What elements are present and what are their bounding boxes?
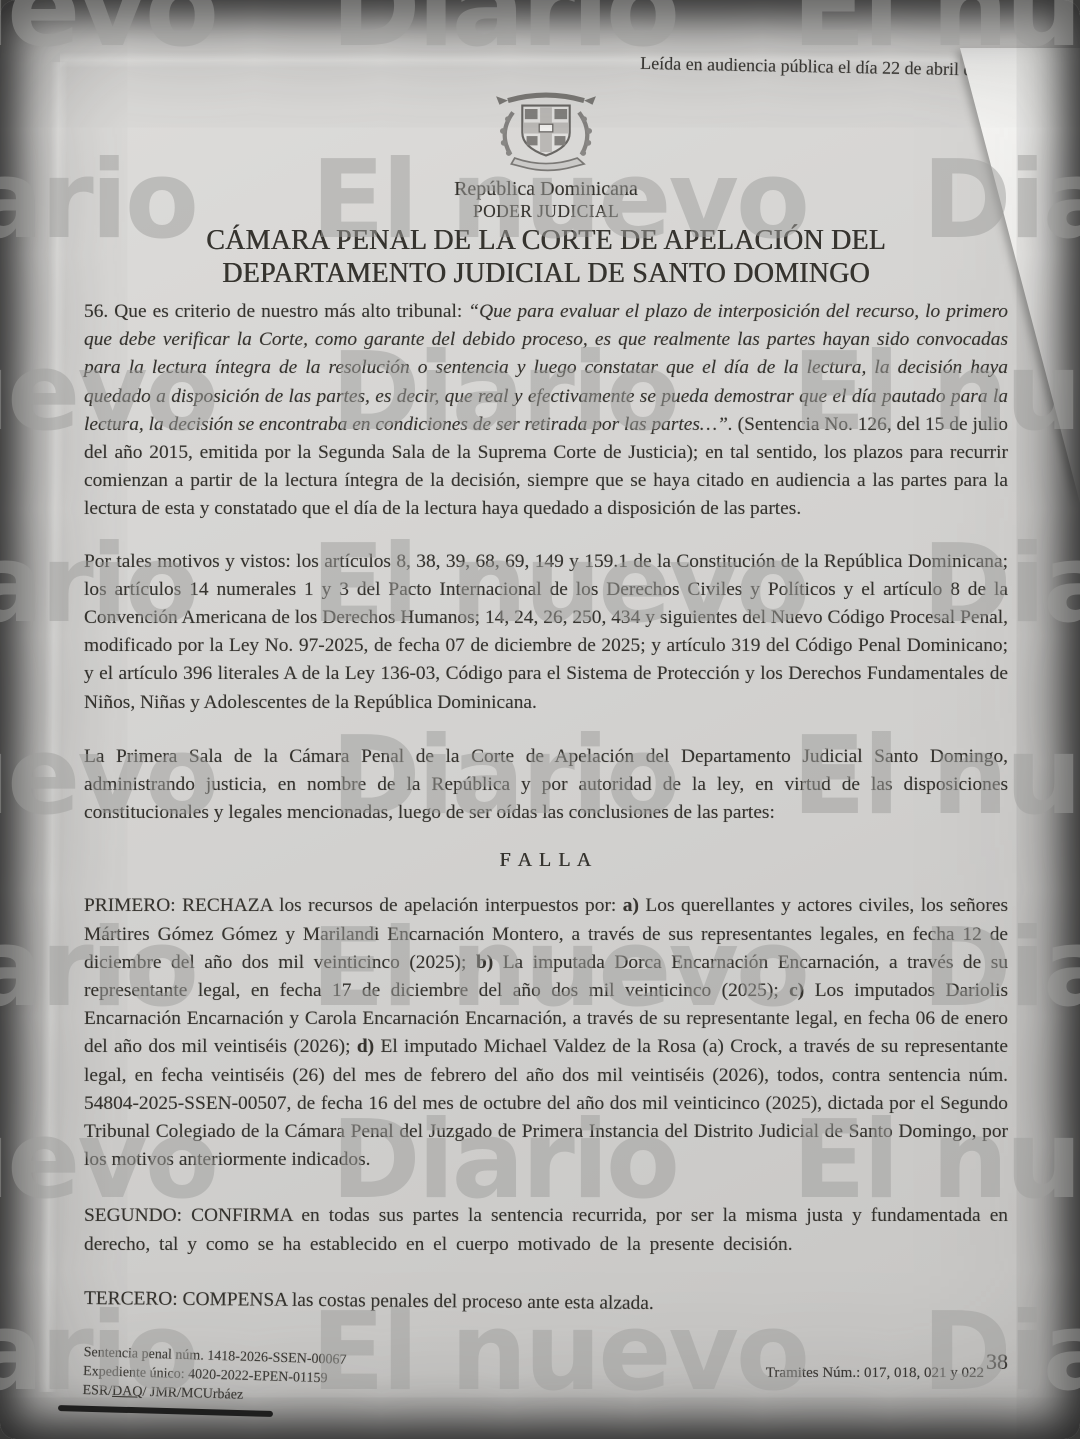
court-title-line1: CÁMARA PENAL DE LA CORTE DE APELACIÓN DE… bbox=[84, 224, 1008, 257]
republic-label: República Dominicana bbox=[84, 177, 1008, 201]
primero-marker-c: c) bbox=[789, 980, 804, 1001]
clerk-initials-prefix: ESR/ bbox=[82, 1383, 112, 1399]
paragraph-motivos: Por tales motivos y vistos: los artículo… bbox=[84, 548, 1008, 717]
tramites-text: Tramites Núm.: 017, 018, 021 y 022 bbox=[766, 1365, 984, 1381]
document-photo: Leída en audiencia pública el día 22 de … bbox=[0, 0, 1080, 1439]
seal-block bbox=[84, 87, 1008, 175]
paragraph-56-intro: 56. Que es criterio de nuestro más alto … bbox=[84, 301, 468, 322]
page-number: 38 bbox=[986, 1349, 1008, 1374]
clerk-initials-suffix: / JMR/MCUrbáez bbox=[142, 1385, 243, 1403]
court-title: CÁMARA PENAL DE LA CORTE DE APELACIÓN DE… bbox=[84, 224, 1008, 290]
primero-marker-a: a) bbox=[623, 895, 639, 916]
paragraph-tercero: TERCERO: COMPENSA las costas penales del… bbox=[84, 1285, 1008, 1321]
clerk-initials-underlined: DAQ bbox=[112, 1384, 143, 1400]
tramites-line: Tramites Núm.: 017, 018, 021 y 02238 bbox=[766, 1357, 1008, 1383]
footer: Sentencia penal núm. 1418-2026-SSEN-0006… bbox=[84, 1343, 1008, 1400]
court-title-line2: DEPARTAMENTO JUDICIAL DE SANTO DOMINGO bbox=[84, 257, 1008, 290]
primero-marker-b: b) bbox=[476, 952, 493, 973]
poder-judicial-label: PODER JUDICIAL bbox=[84, 201, 1008, 221]
paragraph-sala: La Primera Sala de la Cámara Penal de la… bbox=[84, 743, 1008, 828]
primero-intro: PRIMERO: RECHAZA los recursos de apelaci… bbox=[84, 895, 623, 916]
falla-heading: F A L L A bbox=[84, 849, 1008, 872]
case-reference-block: Sentencia penal núm. 1418-2026-SSEN-0006… bbox=[82, 1343, 346, 1408]
paragraph-segundo: SEGUNDO: CONFIRMA en todas sus partes la… bbox=[84, 1202, 1008, 1258]
paragraph-primero: PRIMERO: RECHAZA los recursos de apelaci… bbox=[84, 892, 1008, 1174]
document-content: Leída en audiencia pública el día 22 de … bbox=[84, 60, 1008, 1400]
dominican-coat-of-arms-icon bbox=[476, 87, 616, 175]
primero-marker-d: d) bbox=[357, 1036, 374, 1057]
paragraph-56: 56. Que es criterio de nuestro más alto … bbox=[84, 298, 1008, 524]
